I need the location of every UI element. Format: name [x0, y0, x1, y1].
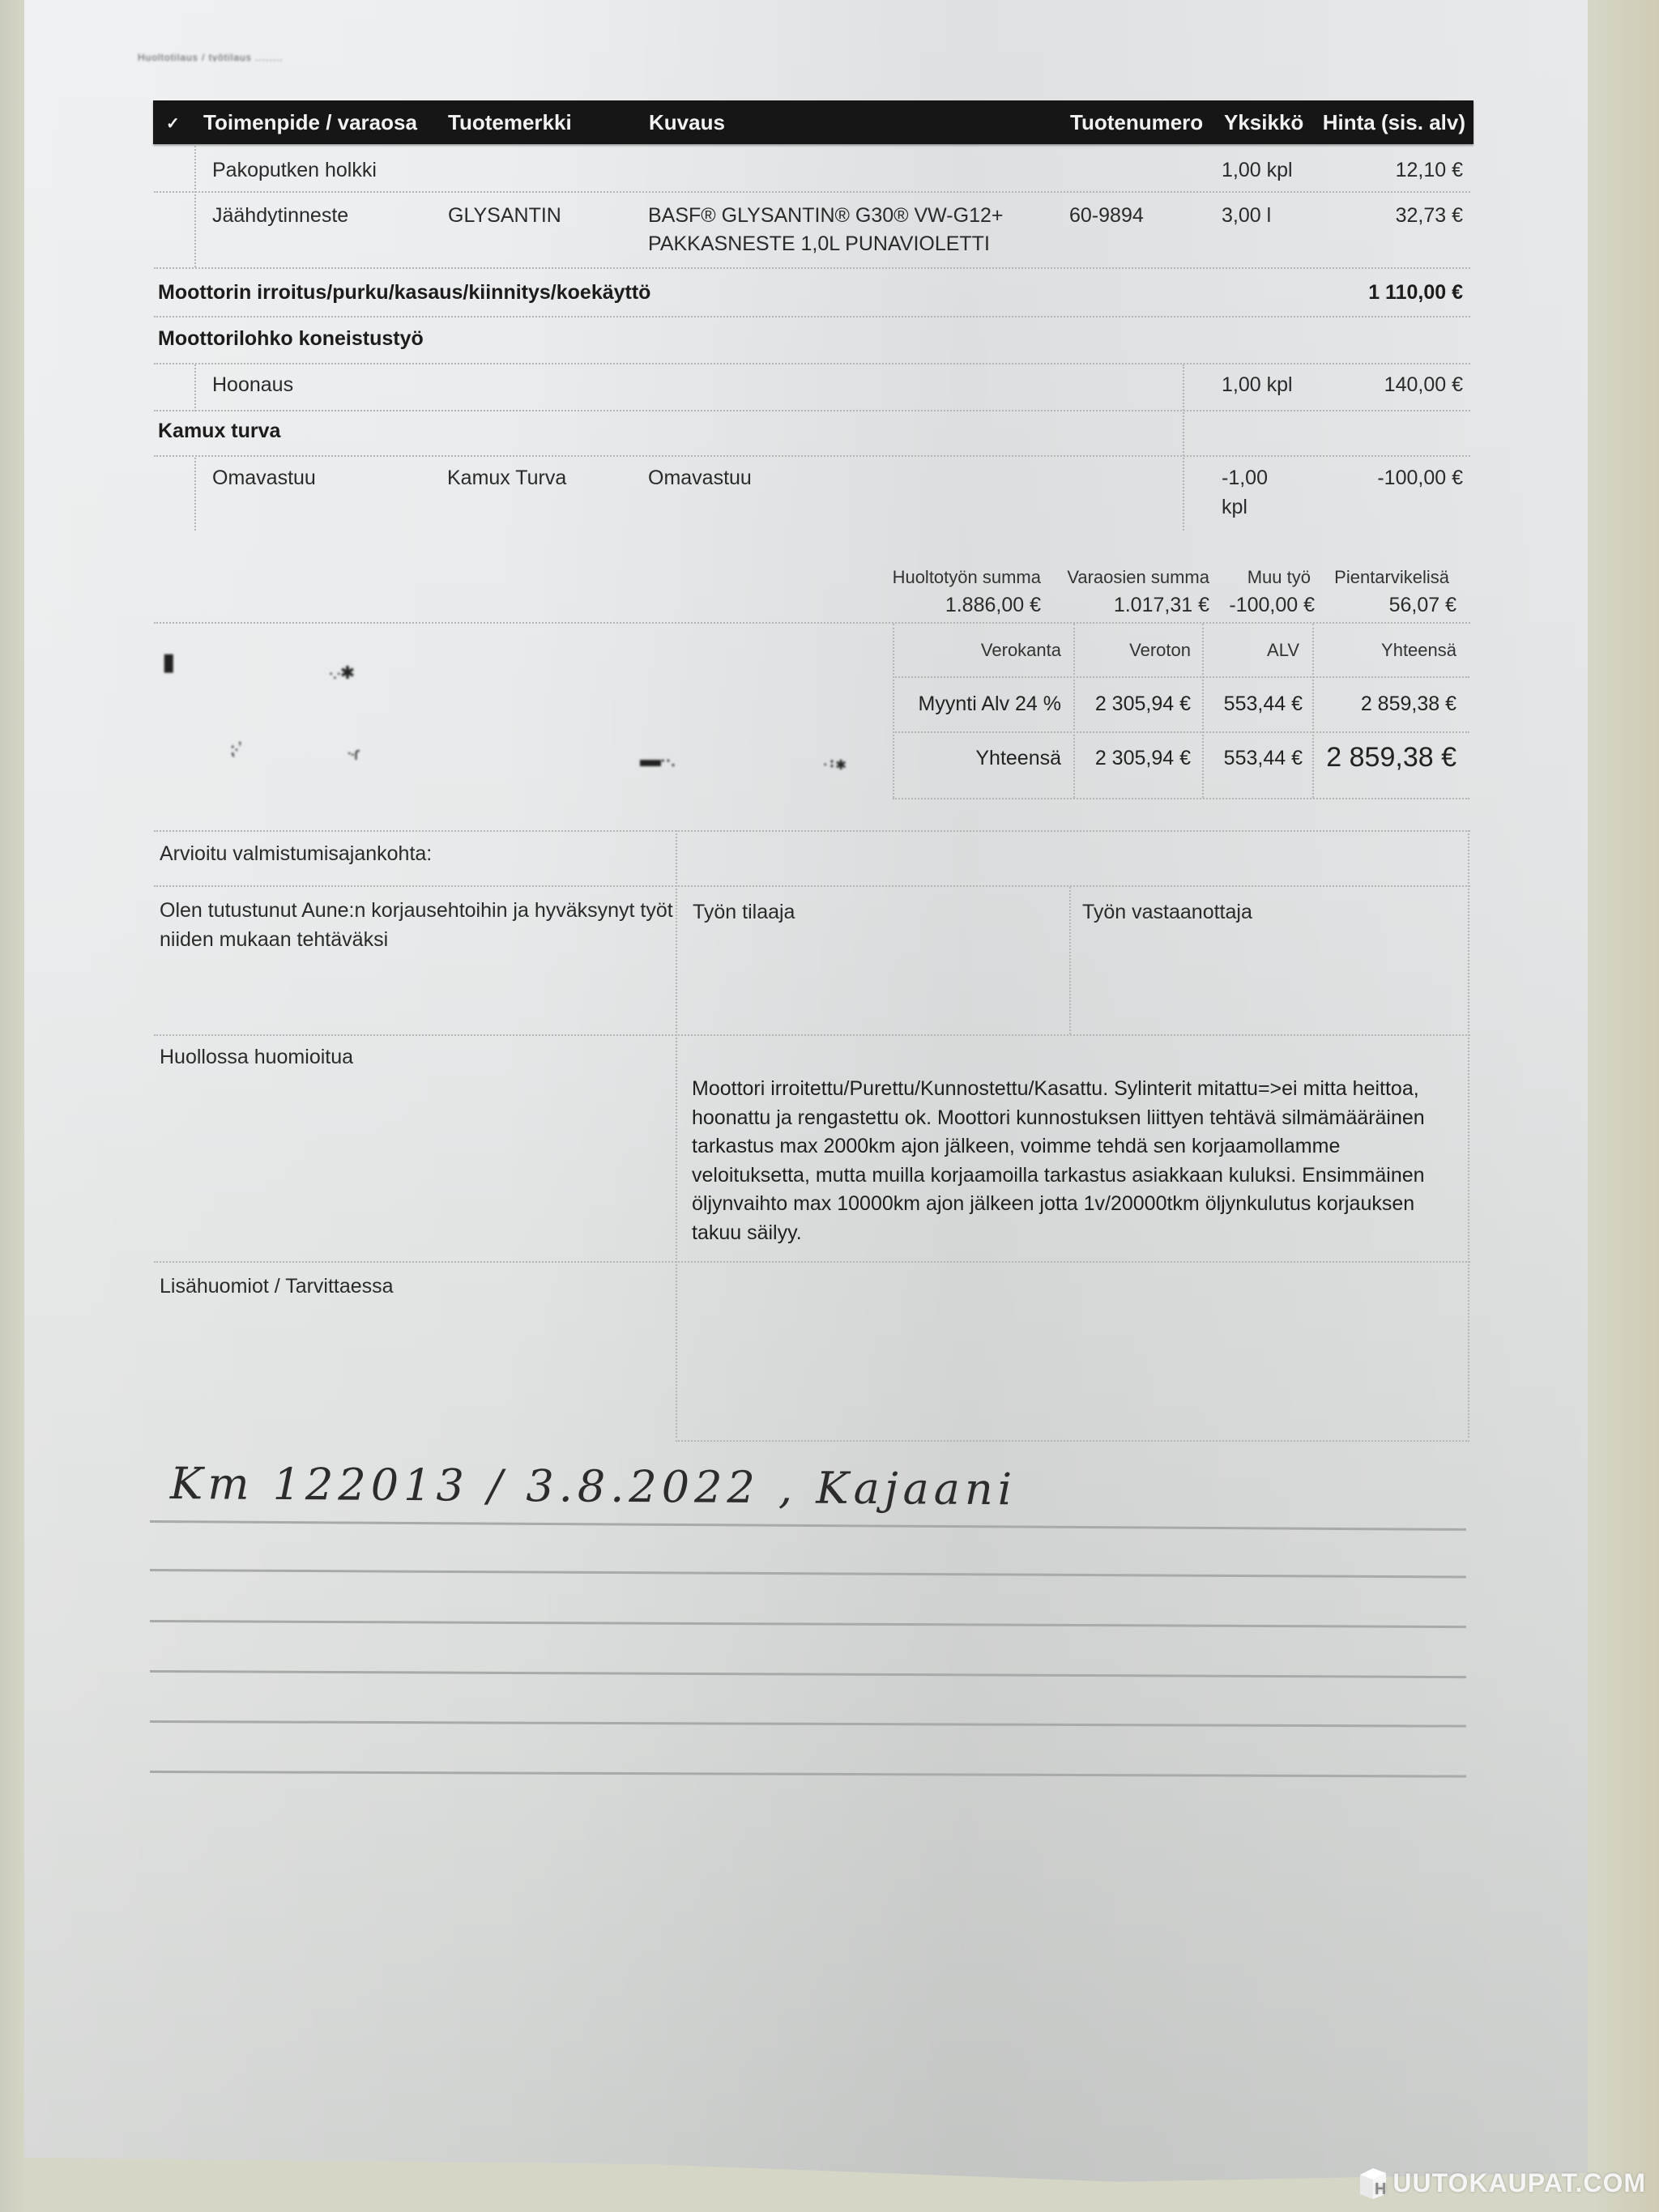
column-header-description: Kuvaus [649, 110, 725, 135]
item-price: 32,73 € [1396, 204, 1463, 228]
huutokaupat-watermark: H UUTOKAUPAT.COM [1357, 2165, 1646, 2201]
redacted-mark: ᐧ·ɾ [347, 744, 358, 765]
row-divider [154, 410, 1470, 411]
vat-header-rate: Verokanta [981, 640, 1061, 661]
item-unit-line1: -1,00 [1222, 467, 1268, 490]
item-unit: 1,00 kpl [1222, 159, 1293, 182]
item-name: Jäähdytinneste [212, 204, 348, 228]
summary-value-supplies: 56,07 € [1389, 594, 1456, 617]
summary-value-service: 1.886,00 € [945, 594, 1041, 617]
vat-header-net: Veroton [1129, 640, 1191, 661]
form-col-divider [1468, 830, 1469, 1438]
receiver-signature-label: Työn vastaanottaja [1082, 897, 1252, 927]
column-divider [1183, 364, 1184, 531]
column-header-brand: Tuotemerkki [448, 110, 572, 135]
vat-row-vat: 553,44 € [1224, 693, 1303, 716]
indent-line [194, 364, 196, 411]
item-price: -100,00 € [1377, 467, 1463, 490]
form-col-divider [1069, 887, 1071, 1034]
observations-text: Moottori irroitettu/Purettu/Kunnostettu/… [692, 1075, 1453, 1247]
terms-acceptance-label: Olen tutustunut Aune:n korjausehtoihin j… [160, 896, 678, 954]
summary-label-other-work: Muu työ [1247, 567, 1311, 588]
vat-col-divider [1312, 624, 1314, 798]
handwritten-note: Km 122013 / 3.8.2022 , Kajaani [170, 1458, 1017, 1515]
vat-header-vat: ALV [1267, 640, 1299, 661]
item-description: Omavastuu [648, 467, 752, 490]
indent-line [194, 458, 196, 531]
vat-grand-total: 2 859,38 € [1326, 742, 1456, 774]
vat-row-divider [893, 676, 1469, 678]
redacted-mark: ·.·✱ [328, 663, 353, 684]
redacted-mark: ▬··. [640, 747, 675, 772]
summary-label-service: Huoltotyön summa [893, 567, 1041, 588]
column-header-part-number: Tuotenumero [1070, 110, 1203, 135]
vat-total-label: Yhteensä [975, 747, 1061, 770]
vat-col-divider [1073, 624, 1075, 798]
summary-value-other-work: -100,00 € [1229, 594, 1315, 617]
row-divider [154, 267, 1470, 269]
item-unit-line2: kpl [1222, 496, 1247, 519]
observations-label: Huollossa huomioitua [160, 1042, 353, 1072]
item-unit: 1,00 kpl [1222, 373, 1293, 397]
summary-label-parts: Varaosien summa [1067, 567, 1209, 588]
item-brand: Kamux Turva [447, 467, 566, 490]
cube-logo-icon: H [1357, 2165, 1389, 2201]
vat-header-total: Yhteensä [1381, 640, 1456, 661]
item-description-line2: PAKKASNESTE 1,0L PUNAVIOLETTI [648, 232, 990, 256]
watermark-text: UUTOKAUPAT.COM [1392, 2168, 1646, 2198]
vat-row-divider [893, 798, 1469, 799]
item-name: Hoonaus [212, 373, 293, 397]
item-price: 140,00 € [1384, 373, 1463, 397]
summary-label-supplies: Pientarvikelisä [1334, 567, 1449, 588]
vat-row-divider [893, 731, 1469, 733]
group-name: Moottorilohko koneistustyö [158, 327, 424, 351]
form-divider [154, 1034, 1470, 1036]
column-header-unit: Yksikkö [1224, 110, 1303, 135]
item-part-number: 60-9894 [1069, 204, 1144, 228]
group-price: 1 110,00 € [1368, 281, 1463, 305]
additional-notes-label: Lisähuomiot / Tarvittaessa [160, 1272, 394, 1301]
svg-text:H: H [1375, 2180, 1387, 2198]
redacted-mark: ▮ [162, 648, 174, 676]
item-description-line1: BASF® GLYSANTIN® G30® VW-G12+ [648, 204, 1004, 228]
vat-row-net: 2 305,94 € [1095, 693, 1191, 716]
indent-line [194, 146, 196, 267]
summary-value-parts: 1.017,31 € [1114, 594, 1209, 617]
item-name: Pakoputken holkki [212, 159, 377, 182]
form-divider [154, 1261, 1470, 1263]
redacted-mark: ⁏·ʼ [229, 739, 241, 760]
form-divider [154, 830, 1470, 832]
row-divider [154, 191, 1470, 193]
item-price: 12,10 € [1396, 159, 1463, 182]
group-name: Moottorin irroitus/purku/kasaus/kiinnity… [158, 281, 650, 305]
item-unit: 3,00 l [1222, 204, 1271, 228]
row-divider [154, 363, 1470, 364]
vat-row-rate: Myynti Alv 24 % [919, 693, 1061, 716]
form-divider [676, 1440, 1469, 1442]
vat-total-net: 2 305,94 € [1095, 747, 1191, 770]
vat-col-divider [893, 624, 894, 798]
line-items-table-header: ✓ Toimenpide / varaosa Tuotemerkki Kuvau… [153, 100, 1473, 144]
vat-total-vat: 553,44 € [1224, 747, 1303, 770]
item-brand: GLYSANTIN [448, 204, 561, 228]
column-header-operation: Toimenpide / varaosa [203, 110, 417, 135]
section-divider [154, 622, 1470, 624]
form-divider [154, 885, 1470, 887]
orderer-signature-label: Työn tilaaja [693, 897, 795, 927]
vat-col-divider [1202, 624, 1204, 798]
check-icon: ✓ [166, 113, 180, 134]
vat-row-total: 2 859,38 € [1361, 693, 1456, 716]
group-name: Kamux turva [158, 420, 280, 443]
item-name: Omavastuu [212, 467, 316, 490]
redacted-mark: ·᛬✱ [822, 753, 845, 774]
blurred-header-text: Huoltotilaus / työtilaus ........ [138, 52, 441, 62]
row-divider [154, 316, 1470, 318]
row-divider [154, 455, 1470, 457]
column-header-price: Hinta (sis. alv) [1323, 110, 1465, 135]
estimated-completion-label: Arvioitu valmistumisajankohta: [160, 839, 432, 868]
